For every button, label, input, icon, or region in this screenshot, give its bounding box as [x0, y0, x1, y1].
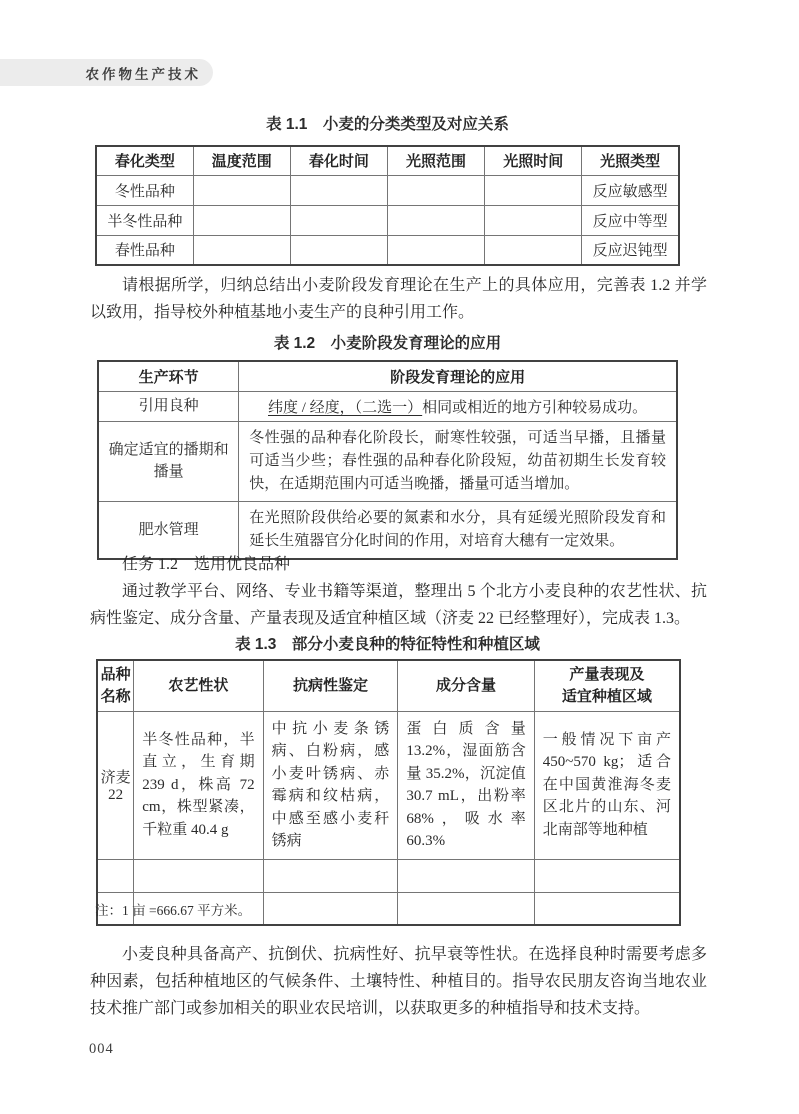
table3-header-cell: 产量表现及 适宜种植区域 — [534, 660, 680, 711]
agronomic-traits-cell: 半冬性品种，半直立，生育期 239 d，株高 72 cm，株型紧凑，千粒重 40… — [134, 711, 263, 859]
table-stage-theory-application: 生产环节 阶段发育理论的应用 引用良种 纬度 / 经度，（二选一）相同或相近的地… — [97, 360, 678, 560]
table2-content-text: 相同或相近的地方引种较易成功。 — [422, 400, 647, 416]
chapter-header-label: 农作物生产技术 — [86, 63, 202, 83]
closing-paragraph: 小麦良种具备高产、抗倒伏、抗病性好、抗早衰等性状。在选择良种时需要考虑多种因素，… — [90, 941, 707, 1022]
table1-header-cell: 春化时间 — [290, 146, 387, 175]
table2-header-cell: 阶段发育理论的应用 — [239, 361, 677, 391]
table1-caption: 表 1.1 小麦的分类类型及对应关系 — [95, 112, 680, 134]
table-row: 肥水管理 在光照阶段供给必要的氮素和水分，具有延缓光照阶段发育和延长生殖器官分化… — [98, 501, 677, 559]
table1-header-cell: 光照类型 — [582, 146, 679, 175]
table1-cell: 春性品种 — [96, 235, 193, 265]
table1-cell-blank — [290, 235, 387, 265]
table2-label-cell: 确定适宜的播期和播量 — [98, 421, 239, 501]
table2-content-cell: 冬性强的品种春化阶段长，耐寒性较强，可适当早播，且播量可适当少些；春性强的品种春… — [239, 421, 677, 501]
table3-header-cell: 抗病性鉴定 — [263, 660, 398, 711]
table3-header-cell: 成分含量 — [398, 660, 534, 711]
table1-header-row: 春化类型 温度范围 春化时间 光照范围 光照时间 光照类型 — [96, 146, 679, 175]
table1-cell-blank — [193, 175, 290, 205]
table1-cell: 反应敏感型 — [582, 175, 679, 205]
table1-header-cell: 春化类型 — [96, 146, 193, 175]
agronomic-traits-cell-blank — [134, 859, 263, 892]
table3-header-cell: 农艺性状 — [134, 660, 263, 711]
table1-cell-blank — [485, 235, 582, 265]
table2-caption: 表 1.2 小麦阶段发育理论的应用 — [95, 331, 680, 353]
table2-label-cell: 引用良种 — [98, 391, 239, 421]
table-wheat-classification: 春化类型 温度范围 春化时间 光照范围 光照时间 光照类型 冬性品种 反应敏感型… — [95, 145, 680, 266]
table1-cell: 半冬性品种 — [96, 205, 193, 235]
table3-caption: 表 1.3 部分小麦良种的特征特性和种植区域 — [95, 632, 680, 654]
table-row: 济麦 22 半冬性品种，半直立，生育期 239 d，株高 72 cm，株型紧凑，… — [97, 711, 680, 859]
table1-cell-blank — [193, 235, 290, 265]
table2-content-cell: 纬度 / 经度，（二选一）相同或相近的地方引种较易成功。 — [239, 391, 677, 421]
page-number: 004 — [89, 1041, 114, 1058]
table2-label-cell: 肥水管理 — [98, 501, 239, 559]
table-row: 春性品种 反应迟钝型 — [96, 235, 679, 265]
fill-in-underlined-text: 纬度 / 经度，（二选一） — [268, 400, 422, 416]
table2-header-row: 生产环节 阶段发育理论的应用 — [98, 361, 677, 391]
table1-header-cell: 光照时间 — [485, 146, 582, 175]
table1-cell-blank — [485, 205, 582, 235]
table3-header-row: 品种 名称 农艺性状 抗病性鉴定 成分含量 产量表现及 适宜种植区域 — [97, 660, 680, 711]
table1-cell: 反应迟钝型 — [582, 235, 679, 265]
table1-cell-blank — [485, 175, 582, 205]
table-row: 引用良种 纬度 / 经度，（二选一）相同或相近的地方引种较易成功。 — [98, 391, 677, 421]
textbook-page: 农作物生产技术 表 1.1 小麦的分类类型及对应关系 春化类型 温度范围 春化时… — [0, 0, 799, 1114]
table2-header-cell: 生产环节 — [98, 361, 239, 391]
table-row — [97, 859, 680, 892]
variety-name-cell-blank — [97, 859, 134, 892]
table1-cell-blank — [387, 205, 484, 235]
intro-paragraph: 请根据所学，归纳总结出小麦阶段发育理论在生产上的具体应用，完善表 1.2 并学以… — [90, 272, 707, 326]
disease-resistance-cell: 中抗小麦条锈病、白粉病，感小麦叶锈病、赤霉病和纹枯病，中感至感小麦秆锈病 — [263, 711, 398, 859]
table1-cell: 冬性品种 — [96, 175, 193, 205]
composition-cell: 蛋白质含量 13.2%，湿面筋含量 35.2%，沉淀值 30.7 mL，出粉率 … — [398, 711, 534, 859]
table1-cell-blank — [290, 205, 387, 235]
disease-resistance-cell-blank — [263, 859, 398, 892]
table1-cell: 反应中等型 — [582, 205, 679, 235]
table-wheat-varieties: 品种 名称 农艺性状 抗病性鉴定 成分含量 产量表现及 适宜种植区域 济麦 22… — [96, 659, 681, 926]
table1-header-cell: 光照范围 — [387, 146, 484, 175]
yield-region-cell: 一般情况下亩产 450~570 kg；适合在中国黄淮海冬麦区北片的山东、河北南部… — [534, 711, 680, 859]
table2-content-cell: 在光照阶段供给必要的氮素和水分，具有延缓光照阶段发育和延长生殖器官分化时间的作用… — [239, 501, 677, 559]
table3-header-cell: 品种 名称 — [97, 660, 134, 711]
table-row: 确定适宜的播期和播量 冬性强的品种春化阶段长，耐寒性较强，可适当早播，且播量可适… — [98, 421, 677, 501]
table3-footnote: 注：1 亩 =666.67 平方米。 — [95, 899, 685, 919]
table-row: 冬性品种 反应敏感型 — [96, 175, 679, 205]
task-paragraph: 通过教学平台、网络、专业书籍等渠道，整理出 5 个北方小麦良种的农艺性状、抗病性… — [90, 578, 707, 632]
table1-header-cell: 温度范围 — [193, 146, 290, 175]
table1-cell-blank — [290, 175, 387, 205]
table1-cell-blank — [387, 235, 484, 265]
task-title: 任务 1.2 选用优良品种 — [90, 551, 707, 578]
table1-cell-blank — [193, 205, 290, 235]
yield-region-cell-blank — [534, 859, 680, 892]
table1-cell-blank — [387, 175, 484, 205]
table-row: 半冬性品种 反应中等型 — [96, 205, 679, 235]
variety-name-cell: 济麦 22 — [97, 711, 134, 859]
composition-cell-blank — [398, 859, 534, 892]
chapter-header-pill: 农作物生产技术 — [0, 59, 213, 86]
